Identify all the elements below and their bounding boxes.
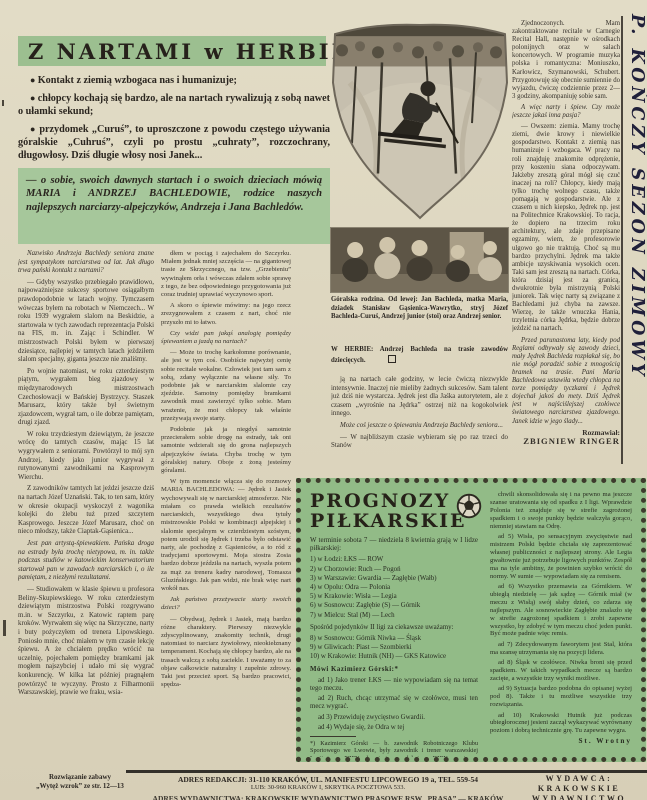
- prognozy-left-column: PROGNOZY PIŁKARSKIE W terminie sobota 7 …: [310, 491, 478, 749]
- fixture-item: 5) w Krakowie: Wisła — Legia: [310, 593, 478, 601]
- answer-item: ad 3) Przewiduję zwycięstwo Gwardii.: [310, 714, 478, 722]
- fixtures-list: 1) w Łodzi: ŁKS — ROW2) w Chorzowie: Ruc…: [310, 556, 478, 619]
- paragraph: A skoro o śpiewie mówimy: na jego rzecz …: [161, 302, 291, 327]
- interview-signoff: Rozmawiał: ZBIGNIEW RINGER: [512, 429, 620, 445]
- answers-left: ad 1) Jako trener ŁKS — nie wypowiadam s…: [310, 677, 478, 732]
- answers-right: chwili skonsolidowała się i na pewno ma …: [490, 491, 632, 735]
- paragraph: — Może to trochę karkołomne porównanie, …: [161, 349, 291, 423]
- soccer-ball-icon: [456, 493, 482, 519]
- shield-photo: [330, 22, 510, 222]
- bullet-item: przydomek „Curuś”, to uproszczone z powo…: [18, 123, 330, 162]
- answer-item: ad 8) Śląsk w czołówce. Niwka broni się …: [490, 659, 632, 683]
- family-illustration: [331, 228, 508, 292]
- paragraph: — Obydwaj, Jędrek i Jasiek, mają bardzo …: [161, 616, 291, 690]
- address-line2: LUB: 30-960 KRAKÓW I, SKRYTKA POCZTOWA 5…: [146, 784, 510, 792]
- article-column-1: Nazwisko Andrzeja Bachledy seniora znane…: [18, 250, 154, 768]
- prognozy-intro: W terminie sobota 7 — niedziela 8 kwietn…: [310, 537, 478, 553]
- paragraph: Po wojnie natomiast, w roku czterdziesty…: [18, 368, 154, 428]
- fixture-item: 9) w Gliwicach: Piast — Szombierki: [310, 644, 478, 652]
- publisher-line3: WYDAWNICTWO: [516, 794, 642, 800]
- answer-item: ad 9) Sytuacja bardzo podobna do opisane…: [490, 685, 632, 709]
- answer-item: ad 6) Wszystko przemawia za Górnikiem. W…: [490, 583, 632, 638]
- answer-item: ad 10) Krakowski Hutnik już podczas ubie…: [490, 712, 632, 736]
- paragraph: Może coś jeszcze o śpiewaniu Andrzeja Ba…: [331, 422, 508, 431]
- fixture-item: 7) w Mielcu: Stal (M) — Lech: [310, 612, 478, 620]
- border-corner-icon: [642, 758, 646, 762]
- prognozy-title: PROGNOZY PIŁKARSKIE: [310, 491, 478, 531]
- border-corner-icon: [296, 758, 300, 762]
- paragraph: — W najbliższym czasie wybieram się po r…: [331, 434, 508, 451]
- answer-item: ad 1) Jako trener ŁKS — nie wypowiadam s…: [310, 677, 478, 693]
- article-column-4: Zjednoczonych. Mam zakontraktowane recit…: [512, 20, 620, 472]
- family-photo: [331, 228, 508, 292]
- scan-mark: [2, 100, 4, 106]
- paragraph: — Gdyby wszystko przebiegało prawidłowo,…: [18, 279, 154, 365]
- scan-mark: [3, 620, 6, 636]
- article-column-2: dłem w pociąg i zajechałem do Szczyrku. …: [161, 250, 291, 768]
- address-block: ADRES REDAKCJI: 31-110 KRAKÓW, UL. MANIF…: [146, 775, 510, 792]
- paragraph: Nazwisko Andrzeja Bachledy seniora znane…: [18, 250, 154, 276]
- skier-illustration: [330, 22, 510, 222]
- answer-item: ad 5) Wisła, po sensacyjnym zwycięstwie …: [490, 533, 632, 580]
- fixture-item: 2) w Chorzowie: Ruch — Pogoń: [310, 566, 478, 574]
- address-line1: ADRES REDAKCJI: 31-110 KRAKÓW, UL. MANIF…: [146, 775, 510, 784]
- page-title: Z NARTAMI w HERBIE: [18, 36, 326, 66]
- newspaper-page: Z NARTAMI w HERBIE Kontakt z ziemią wzbo…: [0, 0, 647, 800]
- answer-item: ad 4) Wydaje się, że Odra w tej: [310, 724, 478, 732]
- solution-line2: „Wytęż wzrok” ze str. 12—13: [14, 782, 146, 791]
- caption-text: W HERBIE: Andrzej Bachleda na trasie zaw…: [331, 346, 508, 364]
- answer-item: ad 2) Ruch, chcąc utrzymać się w czołówc…: [310, 695, 478, 711]
- clipped-bottom-line: ADRES WYDAWNICTWA: KRAKOWSKIE WYDAWNICTW…: [146, 794, 510, 800]
- prognozy-title-line1: PROGNOZY: [310, 491, 478, 511]
- photo-caption-family: Góralska rodzina. Od lewej: Jan Bachleda…: [331, 296, 508, 322]
- paragraph: Jak państwo przeżywacie starty swoich dz…: [161, 596, 291, 612]
- answer-item: chwili skonsolidowała się i na pewno ma …: [490, 491, 632, 531]
- publisher-line1: WYDAWCA:: [516, 774, 642, 784]
- solution-note: Rozwiązanie zabawy „Wytęż wzrok” ze str.…: [14, 773, 146, 791]
- intro-paragraph: — o sobie, swoich dawnych startach i o s…: [18, 168, 330, 244]
- fixture-item: 6) w Sosnowcu: Zagłębie (S) — Górnik: [310, 602, 478, 610]
- prognozy-box: PROGNOZY PIŁKARSKIE W terminie sobota 7 …: [296, 478, 646, 762]
- paragraph: — Owszem: ziemia. Mamy trochę ziemi, dwi…: [512, 123, 620, 333]
- end-of-article-square-icon: [388, 355, 396, 363]
- border-corner-icon: [296, 478, 300, 482]
- paragraph: Przed parunastoma laty, kiedy pod Reglam…: [512, 337, 620, 426]
- bullet-item: Kontakt z ziemią wzbogaca nas i humanizu…: [18, 74, 330, 87]
- footnote-rule: [310, 736, 356, 737]
- paragraph: Podobnie jak ja niegdyś samotnie przecie…: [161, 426, 291, 475]
- fixtures-list-2: 8) w Sosnowcu: Górnik Niwka — Śląsk9) w …: [310, 635, 478, 662]
- paragraph: ją na nartach całe godziny, w lecie ćwic…: [331, 376, 508, 419]
- fixture-item: 3) w Warszawie: Gwardia — Zagłębie (Wałb…: [310, 575, 478, 583]
- paragraph: Zjednoczonych. Mam zakontraktowane recit…: [512, 20, 620, 101]
- paragraph: W tym momencie włącza się do rozmowy MAR…: [161, 478, 291, 593]
- photo-caption-shield: W HERBIE: Andrzej Bachleda na trasie zaw…: [331, 346, 508, 365]
- prognozy-second-intro: Spośród pojedynków II ligi za ciekawsze …: [310, 624, 478, 632]
- paragraph: Jest pan artystą-śpiewakiem. Pańska drog…: [18, 540, 154, 583]
- publisher-line2: KRAKOWSKIE: [516, 784, 642, 794]
- paragraph: — Studiowałem w klasie śpiewu u profesor…: [18, 586, 154, 698]
- prognozy-right-column: chwili skonsolidowała się i na pewno ma …: [490, 491, 632, 749]
- paragraph: Czy widzi pan jakąś analogię pomiędzy śp…: [161, 330, 291, 346]
- paragraph: W roku trzydziestym dziewiątym, że jeszc…: [18, 431, 154, 483]
- prognozy-signature: St. Wrotny: [490, 738, 632, 746]
- fixture-item: 8) w Sosnowcu: Górnik Niwka — Śląsk: [310, 635, 478, 643]
- bullet-item: chłopcy kochają się bardzo, ale na narta…: [18, 92, 330, 118]
- answer-item: ad 7) Zdecydowanym faworytem jest Stal, …: [490, 641, 632, 657]
- paragraph: Z zawodników tamtych lat jeździ jeszcze …: [18, 485, 154, 537]
- fixture-item: 4) w Opolu: Odra — Polonia: [310, 584, 478, 592]
- prognozy-speaker: Mówi Kazimierz Górski:*: [310, 666, 478, 674]
- publisher-block: WYDAWCA: KRAKOWSKIE WYDAWNICTWO: [516, 774, 642, 800]
- side-masthead: P. KOŃCZY SEZON ZIMOWY: [622, 14, 647, 474]
- prognozy-title-line2: PIŁKARSKIE: [310, 511, 478, 531]
- paragraph: dłem w pociąg i zajechałem do Szczyrku. …: [161, 250, 291, 299]
- article-column-3: ją na nartach całe godziny, w lecie ćwic…: [331, 376, 508, 476]
- footer-rule: [126, 770, 647, 773]
- lead-bullets: Kontakt z ziemią wzbogaca nas i humanizu…: [18, 74, 330, 167]
- headline-banner: Z NARTAMI w HERBIE: [18, 36, 326, 66]
- paragraph: A więc narty i śpiew. Czy może jeszcze j…: [512, 104, 620, 120]
- solution-line1: Rozwiązanie zabawy: [14, 773, 146, 782]
- fixture-item: 10) w Krakowie: Hutnik (NH) — GKS Katowi…: [310, 653, 478, 661]
- prognozy-footnote: *) Kazimierz Górski — b. zawodnik Robotn…: [310, 740, 478, 762]
- fixture-item: 1) w Łodzi: ŁKS — ROW: [310, 556, 478, 564]
- signoff-name: ZBIGNIEW RINGER: [512, 437, 620, 445]
